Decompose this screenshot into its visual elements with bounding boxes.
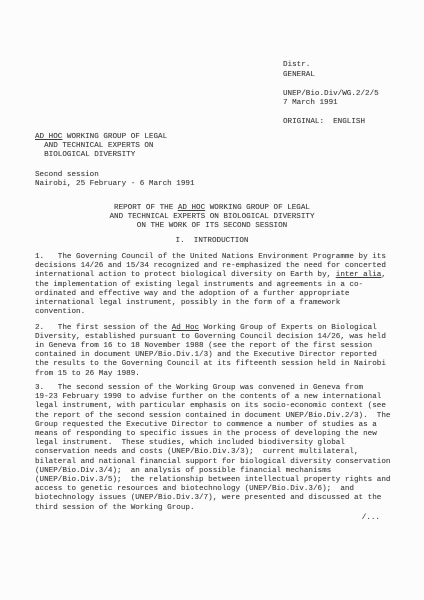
doc-date: 7 March 1991 [283, 99, 379, 109]
report-title-line1: REPORT OF THE AD HOC WORKING GROUP OF LE… [0, 204, 424, 213]
working-group-block: AD HOC WORKING GROUP OF LEGAL AND TECHNI… [35, 133, 167, 161]
report-title-line1-post: WORKING GROUP OF LEGAL [205, 204, 310, 212]
paragraph-1-inter-alia-underlined: inter alia [336, 271, 382, 279]
working-group-title-line1: AD HOC WORKING GROUP OF LEGAL [35, 133, 167, 142]
working-group-title-line3: BIOLOGICAL DIVERSITY [35, 151, 167, 160]
distr-type: GENERAL [283, 71, 379, 81]
doc-symbol: UNEP/Bio.Div/WG.2/2/5 [283, 90, 379, 100]
working-group-adhoc-underlined: AD HOC [35, 133, 62, 141]
distribution-block: Distr. GENERAL UNEP/Bio.Div/WG.2/2/5 7 M… [283, 61, 379, 128]
spacer [283, 80, 379, 90]
section-heading-text: I. INTRODUCTION [0, 237, 424, 246]
report-title-line3: ON THE WORK OF ITS SECOND SESSION [0, 222, 424, 231]
paragraph-2-text-pre: 2. The first session of the [35, 324, 172, 332]
paragraph-1: 1. The Governing Council of the United N… [35, 253, 386, 317]
session-info-block: Second session Nairobi, 25 February - 6 … [35, 171, 195, 189]
session-number: Second session [35, 171, 195, 180]
section-heading-introduction: I. INTRODUCTION [0, 237, 424, 246]
working-group-title-line1-rest: WORKING GROUP OF LEGAL [62, 133, 167, 141]
paragraph-2: 2. The first session of the Ad Hoc Worki… [35, 324, 386, 379]
report-title: REPORT OF THE AD HOC WORKING GROUP OF LE… [0, 204, 424, 232]
paragraph-2-adhoc-underlined: Ad Hoc [172, 324, 199, 332]
distr-label: Distr. [283, 61, 379, 71]
document-page: Distr. GENERAL UNEP/Bio.Div/WG.2/2/5 7 M… [0, 0, 424, 600]
report-title-line1-pre: REPORT OF THE [114, 204, 178, 212]
session-place-dates: Nairobi, 25 February - 6 March 1991 [35, 180, 195, 189]
paragraph-1-text-pre: 1. The Governing Council of the United N… [35, 253, 386, 279]
continuation-mark: /... [362, 514, 380, 523]
original-language: ORIGINAL: ENGLISH [283, 118, 379, 128]
paragraph-3: 3. The second session of the Working Gro… [35, 384, 390, 513]
report-title-adhoc-underlined: AD HOC [178, 204, 205, 212]
spacer [283, 109, 379, 119]
